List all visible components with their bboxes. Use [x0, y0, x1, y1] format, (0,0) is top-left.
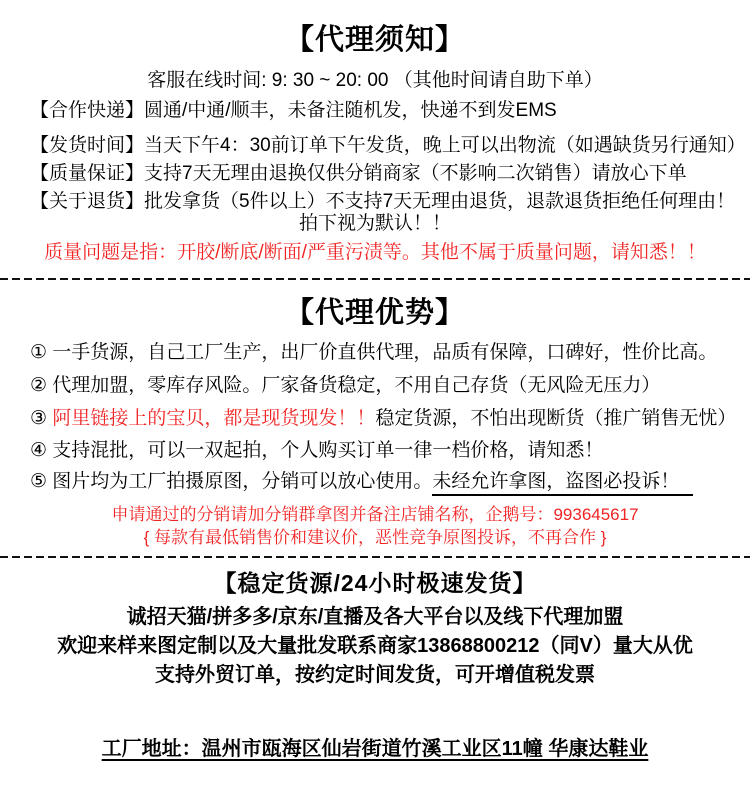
distribution-note-line: 申请通过的分销请加分销群拿图并备注店铺名称，企鹅号：993645617	[0, 504, 750, 525]
quality-guarantee-line: 【质量保证】支持7天无理由退换仅供分销商家（不影响二次销售）请放心下单	[30, 163, 687, 184]
recruit-line: 诚招天猫/拼多多/京东/直播及各大平台以及线下代理加盟	[0, 606, 750, 628]
return-policy-line: 【关于退货】批发拿货（5件以上）不支持7天无理由退货，退款退货拒绝任何理由！	[30, 191, 735, 212]
return-policy-continuation: 拍下视为默认！！	[0, 213, 750, 234]
advantage-item-5: ⑤ 图片均为工厂拍摄原图，分销可以放心使用。未经允许拿图，盗图必投诉！	[30, 471, 693, 492]
supply-title: 【稳定货源/24小时极速发货】	[0, 571, 750, 596]
advantage-item-2: ② 代理加盟，零库存风险。厂家备货稳定，不用自己存货（无风险无压力）	[30, 375, 660, 396]
agent-notice-page: 【代理须知】 客服在线时间: 9: 30 ~ 20: 00 （其他时间请自助下单…	[0, 0, 750, 800]
price-rule-line: { 每款有最低销售价和建议价，恶性竞争原图投诉，不再合作 }	[0, 527, 750, 548]
dashed-divider-top	[0, 278, 750, 280]
factory-address: 工厂地址：温州市瓯海区仙岩街道竹溪工业区11幢 华康达鞋业	[0, 739, 750, 760]
notice-title: 【代理须知】	[0, 25, 750, 56]
advantages-title: 【代理优势】	[0, 298, 750, 329]
dashed-divider-bottom	[0, 556, 750, 558]
shipping-time-line: 【发货时间】当天下午4：30前订单下午发货，晚上可以出物流（如遇缺货另行通知）	[30, 135, 746, 156]
service-hours-line: 客服在线时间: 9: 30 ~ 20: 00 （其他时间请自助下单）	[0, 70, 750, 91]
foreign-trade-line: 支持外贸订单，按约定时间发货，可开增值税发票	[0, 664, 750, 686]
advantage-item-5-warning: 未经允许拿图，盗图必投诉！	[432, 471, 693, 496]
wholesale-contact-line: 欢迎来样来图定制以及大量批发联系商家13868800212（同V）量大从优	[0, 635, 750, 657]
advantage-item-3-rest: 稳定货源，不怕出现断货（推广销售无忧）	[375, 408, 736, 429]
advantage-item-1: ① 一手货源，自己工厂生产，出厂价直供代理，品质有保障，口碑好，性价比高。	[30, 342, 717, 363]
advantage-item-3-number: ③	[30, 408, 52, 429]
quality-definition-line: 质量问题是指：开胶/断底/断面/严重污渍等。其他不属于质量问题，请知悉！！	[0, 242, 750, 263]
advantage-item-4: ④ 支持混批，可以一双起拍，个人购买订单一律一档价格，请知悉！	[30, 440, 603, 461]
advantage-item-3: ③ 阿里链接上的宝贝，都是现货现发！！稳定货源，不怕出现断货（推广销售无忧）	[30, 408, 736, 429]
advantage-item-3-highlight: 阿里链接上的宝贝，都是现货现发！！	[52, 408, 375, 429]
advantage-item-5-main: ⑤ 图片均为工厂拍摄原图，分销可以放心使用。	[30, 471, 432, 492]
express-line: 【合作快递】圆通/中通/顺丰，未备注随机发，快递不到发EMS	[30, 100, 557, 121]
